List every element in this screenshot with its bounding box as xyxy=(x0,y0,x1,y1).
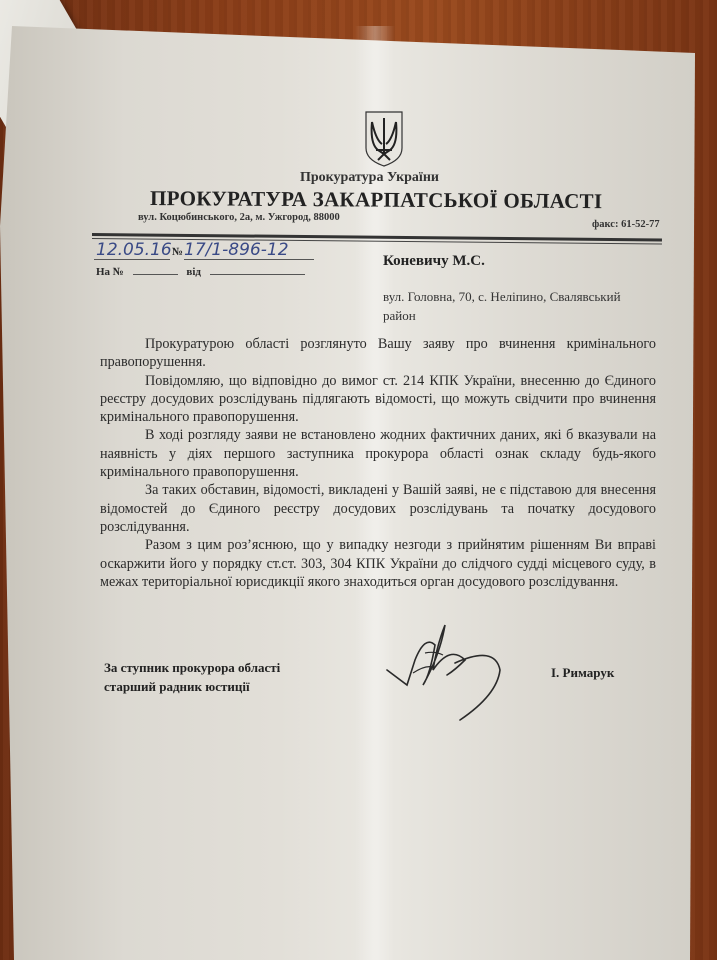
signatory-name: І. Римарук xyxy=(551,665,614,681)
paragraph: Разом з цим роз’яснюю, що у випадку незг… xyxy=(100,536,656,591)
reply-number-label: На № xyxy=(96,266,124,278)
recipient-name: Коневичу М.С. xyxy=(383,253,485,270)
outgoing-date: 12.05.16 xyxy=(96,240,172,260)
letter: Прокуратура України ПРОКУРАТУРА ЗАКАРПАТ… xyxy=(0,0,717,960)
position-line-2: старший радник юстиції xyxy=(104,677,280,696)
date-underline xyxy=(94,259,170,260)
org-address: вул. Коцюбинського, 2а, м. Ужгород, 8800… xyxy=(138,212,340,223)
recipient-address: вул. Головна, 70, с. Неліпино, Свалявськ… xyxy=(383,287,653,325)
org-name: ПРОКУРАТУРА ЗАКАРПАТСЬКОЇ ОБЛАСТІ xyxy=(150,186,603,214)
position-line-1: За ступник прокурора області xyxy=(104,658,280,677)
paragraph: В ході розгляду заяви не встановлено жод… xyxy=(100,426,656,481)
number-underline xyxy=(184,259,314,260)
reply-number-blank xyxy=(133,274,178,275)
outgoing-number: 17/1-896-12 xyxy=(184,240,289,260)
paragraph: За таких обставин, відомості, викладені … xyxy=(100,481,656,536)
reply-reference: На № від xyxy=(96,266,305,278)
reply-date-blank xyxy=(210,274,305,275)
paragraph: Повідомляю, що відповідно до вимог ст. 2… xyxy=(100,372,656,427)
paragraph: Прокуратурою області розглянуто Вашу зая… xyxy=(100,335,656,372)
org-parent: Прокуратура України xyxy=(300,170,439,186)
reply-from-label: від xyxy=(186,266,201,278)
handwritten-signature-icon xyxy=(385,615,525,725)
letter-body: Прокуратурою області розглянуто Вашу зая… xyxy=(100,335,656,591)
trident-coat-of-arms-icon xyxy=(364,110,404,168)
signatory-position: За ступник прокурора області старший рад… xyxy=(104,658,280,696)
org-fax: факс: 61-52-77 xyxy=(592,219,660,230)
number-label: № xyxy=(172,246,183,258)
